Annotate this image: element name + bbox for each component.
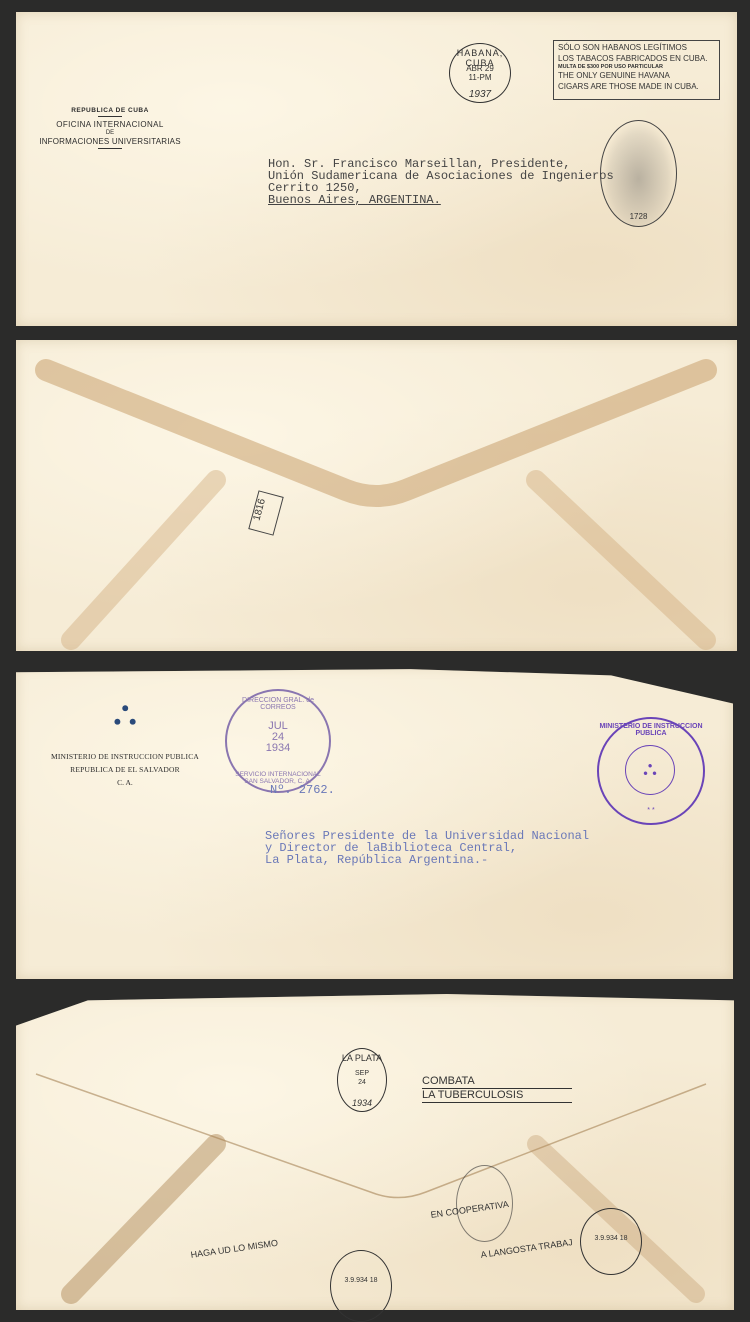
tuberculosis-slogan-cancel: COMBATA LA TUBERCULOSIS [422, 1075, 572, 1103]
recipient-address: Hon. Sr. Francisco Marseillan, President… [268, 158, 614, 206]
postmark-date: JUL 24 1934 [227, 721, 329, 754]
postmark-year: 1937 [450, 89, 510, 100]
letterhead-line: DE [20, 130, 200, 136]
havana-cigar-slogan-cancel: SÓLO SON HABANOS LEGÍTIMOS LOS TABACOS F… [553, 40, 720, 100]
envelope-cuba-back [16, 340, 737, 651]
seal-year: 1728 [601, 212, 676, 221]
coat-of-arms-icon: ⛬ [625, 745, 675, 795]
letterhead-line: OFICINA INTERNACIONAL [20, 120, 200, 129]
argentina-postmark [456, 1165, 513, 1242]
letterhead-rule [98, 148, 122, 149]
postmark-date: ABR 29 11-PM [450, 64, 510, 82]
la-plata-postmark: LA PLATA SEP 24 1934 [337, 1048, 387, 1112]
habana-postmark: HABANA, CUBA ABR 29 11-PM 1937 [449, 43, 511, 103]
cuba-letterhead: REPUBLICA DE CUBA OFICINA INTERNACIONAL … [20, 107, 200, 152]
letterhead-line: INFORMACIONES UNIVERSITARIAS [20, 137, 200, 146]
recipient-address: Señores Presidente de la Universidad Nac… [265, 830, 589, 866]
letterhead-line: REPUBLICA DE CUBA [20, 107, 200, 114]
buenos-aires-postmark: 3.9.934 18 [330, 1250, 392, 1322]
buenos-aires-postmark: 3.9.934 18 [580, 1208, 642, 1275]
coat-of-arms-icon: ⛬ [99, 696, 151, 730]
correos-postmark: DIRECCION GRAL. de CORREOS JUL 24 1934 S… [225, 689, 331, 793]
reference-number: Nº. 2762. [270, 784, 335, 796]
letterhead-rule [98, 116, 122, 117]
salvador-letterhead: MINISTERIO DE INSTRUCCION PUBLICA REPUBL… [20, 752, 230, 787]
envelope-flap-lines [16, 340, 737, 651]
ministerio-official-seal: MINISTERIO DE INSTRUCCION PUBLICA ⛬ * * [597, 717, 705, 825]
